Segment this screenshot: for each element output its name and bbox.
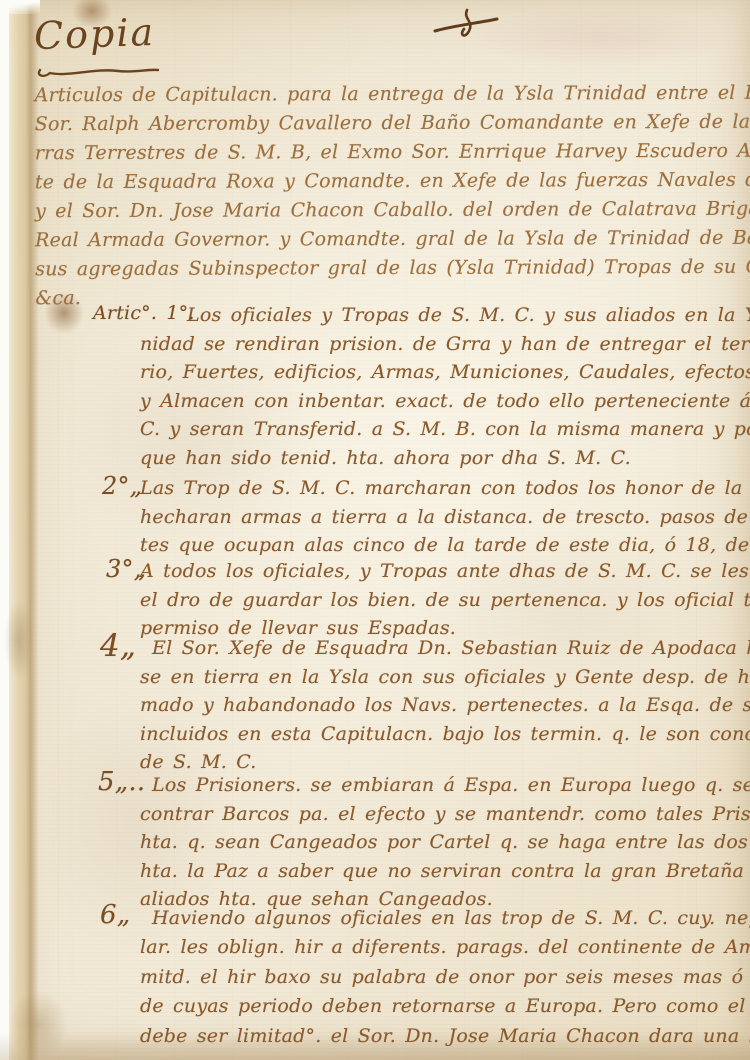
- manuscript-line: rras Terrestres de S. M. B, el Exmo Sor.…: [35, 137, 750, 168]
- manuscript-page: Copia Articulos de Capitulacn. para la e…: [0, 0, 750, 1060]
- manuscript-line: hta. q. sean Cangeados por Cartel q. se …: [140, 828, 750, 857]
- article-4-lines: El Sor. Xefe de Esquadra Dn. Sebastian R…: [140, 634, 750, 777]
- page-title: Copia: [33, 10, 156, 58]
- manuscript-line: Las Trop de S. M. C. marcharan con todos…: [140, 474, 750, 503]
- manuscript-line: Los oficiales y Tropas de S. M. C. y sus…: [140, 301, 750, 330]
- manuscript-line: nidad se rendiran prision. de Grra y han…: [140, 330, 750, 359]
- manuscript-line: lar. les oblign. hir a diferents. parags…: [140, 933, 750, 962]
- article-1-number: Artic°. 1°.: [93, 302, 195, 324]
- article-6-lines: Haviendo algunos oficiales en las trop d…: [140, 904, 750, 1051]
- manuscript-line: Sor. Ralph Abercromby Cavallero del Baño…: [35, 108, 750, 139]
- manuscript-line: mitd. el hir baxo su palabra de onor por…: [140, 963, 750, 992]
- manuscript-line: incluidos en esta Capitulacn. bajo los t…: [140, 720, 750, 749]
- article-1-lines: Los oficiales y Tropas de S. M. C. y sus…: [140, 301, 750, 473]
- manuscript-line: Los Prisioners. se embiaran á Espa. en E…: [140, 771, 750, 800]
- manuscript-line: debe ser limitad°. el Sor. Dn. Jose Mari…: [140, 1022, 750, 1051]
- manuscript-line: te de la Esquadra Roxa y Comandte. en Xe…: [35, 166, 750, 197]
- scan-background-edge: [0, 0, 9, 1060]
- bleedthrough-smudge: [470, 8, 730, 68]
- manuscript-line: se en tierra en la Ysla con sus oficiale…: [140, 663, 750, 692]
- article-2: 2°„ Las Trop de S. M. C. marcharan con t…: [140, 474, 750, 560]
- manuscript-line: A todos los oficiales, y Tropas ante dha…: [140, 557, 750, 586]
- article-6: 6„ Haviendo algunos oficiales en las tro…: [140, 904, 750, 1051]
- manuscript-line: el dro de guardar los bien. de su perten…: [140, 586, 750, 615]
- manuscript-line: Articulos de Capitulacn. para la entrega…: [35, 79, 750, 110]
- article-2-number: 2°„: [102, 472, 142, 500]
- article-4-number: 4„: [100, 628, 136, 664]
- article-3: 3°„ A todos los oficiales, y Tropas ante…: [140, 557, 750, 643]
- intro-paragraph: Articulos de Capitulacn. para la entrega…: [35, 79, 750, 313]
- article-4: 4„ El Sor. Xefe de Esquadra Dn. Sebastia…: [140, 634, 750, 777]
- manuscript-line: mado y habandonado los Navs. pertenectes…: [140, 691, 750, 720]
- manuscript-line: y Almacen con inbentar. exact. de todo e…: [140, 387, 750, 416]
- manuscript-line: contrar Barcos pa. el efecto y se manten…: [140, 800, 750, 829]
- manuscript-line: hta. la Paz a saber que no serviran cont…: [140, 857, 750, 886]
- article-1: Artic°. 1°. Los oficiales y Tropas de S.…: [140, 301, 750, 473]
- manuscript-line: hecharan armas a tierra a la distanca. d…: [140, 503, 750, 532]
- article-3-lines: A todos los oficiales, y Tropas ante dha…: [140, 557, 750, 643]
- manuscript-line: y el Sor. Dn. Jose Maria Chacon Caballo.…: [35, 195, 750, 226]
- manuscript-line: rio, Fuertes, edificios, Armas, Municion…: [140, 358, 750, 387]
- article-5: 5„.. Los Prisioners. se embiaran á Espa.…: [140, 771, 750, 914]
- manuscript-line: que han sido tenid. hta. ahora por dha S…: [140, 444, 750, 473]
- manuscript-line: Haviendo algunos oficiales en las trop d…: [140, 904, 750, 933]
- manuscript-line: tes que ocupan alas cinco de la tarde de…: [140, 531, 750, 560]
- manuscript-line: El Sor. Xefe de Esquadra Dn. Sebastian R…: [140, 634, 750, 663]
- article-6-number: 6„: [100, 900, 130, 930]
- article-5-lines: Los Prisioners. se embiaran á Espa. en E…: [140, 771, 750, 914]
- manuscript-line: Real Armada Governor. y Comandte. gral d…: [35, 224, 750, 255]
- corner-wedge: [0, 0, 40, 14]
- article-3-number: 3°„: [106, 555, 146, 583]
- manuscript-line: de cuyas periodo deben retornarse a Euro…: [140, 992, 750, 1021]
- manuscript-line: C. y seran Transferid. a S. M. B. con la…: [140, 415, 750, 444]
- article-5-number: 5„..: [98, 767, 145, 797]
- article-2-lines: Las Trop de S. M. C. marcharan con todos…: [140, 474, 750, 560]
- manuscript-line: sus agregadas Subinspector gral de las (…: [35, 253, 750, 284]
- invocation-cross-icon: [430, 4, 502, 50]
